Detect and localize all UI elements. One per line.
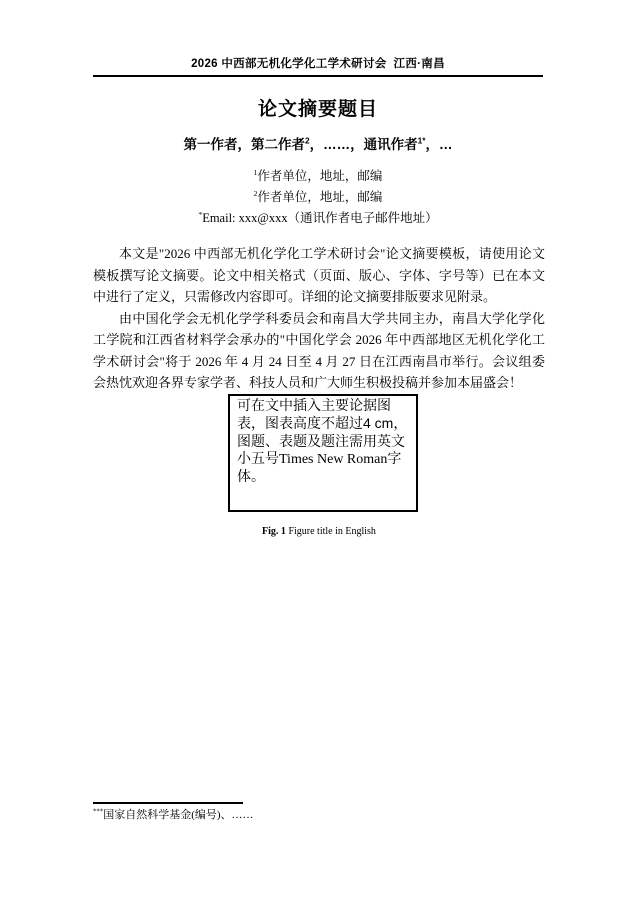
figure-caption-label: Fig. 1 [262, 526, 286, 537]
footnote-content: 国家自然科学基金(编号)、…… [103, 809, 253, 821]
paper-title: 论文摘要题目 [0, 94, 636, 121]
abstract-body: 本文是"2026 中西部无机化学化工学术研讨会"论文摘要模板，请使用论文模板撰写… [93, 243, 545, 539]
affiliation-text: 作者单位，地址，邮编 [257, 169, 382, 183]
authors-line: 第一作者，第二作者2，……，通讯作者1*，… [0, 133, 636, 153]
footnote-superscript: *** [93, 808, 103, 815]
footnote-separator [93, 802, 243, 804]
author-names: 第一作者，第二作者 [183, 137, 305, 152]
footnote-text: ***国家自然科学基金(编号)、…… [93, 808, 545, 823]
author-names: ，……，通讯作者 [310, 137, 418, 152]
email-text: Email: xxx@xxx（通讯作者电子邮件地址） [202, 211, 437, 225]
abstract-paragraph-2: 由中国化学会无机化学学科委员会和南昌大学共同主办，南昌大学化学化工学院和江西省材… [93, 308, 545, 394]
affiliation-line-1: 1作者单位，地址，邮编 [0, 166, 636, 187]
author-names: ，… [426, 137, 453, 152]
document-page: 2026 中西部无机化学化工学术研讨会 江西·南昌 论文摘要题目 第一作者，第二… [0, 0, 636, 900]
header-rule [93, 75, 543, 77]
email-line: *Email: xxx@xxx（通讯作者电子邮件地址） [0, 208, 636, 229]
figure-caption-text: Figure title in English [286, 526, 376, 537]
figure-caption: Fig. 1 Figure title in English [93, 525, 545, 539]
affiliation-text: 作者单位，地址，邮编 [257, 190, 382, 204]
affiliations-block: 1作者单位，地址，邮编 2作者单位，地址，邮编 *Email: xxx@xxx（… [0, 166, 636, 229]
corresponding-author-superscript: 1* [418, 136, 426, 146]
abstract-paragraph-1: 本文是"2026 中西部无机化学化工学术研讨会"论文摘要模板，请使用论文模板撰写… [93, 243, 545, 308]
running-header: 2026 中西部无机化学化工学术研讨会 江西·南昌 [93, 55, 543, 71]
figure-placeholder-box: 可在文中插入主要论据图表，图表高度不超过4 cm，图题、表题及题注需用英文小五号… [228, 394, 418, 512]
figure-size-limit: 4 cm [363, 415, 393, 431]
affiliation-line-2: 2作者单位，地址，邮编 [0, 187, 636, 208]
